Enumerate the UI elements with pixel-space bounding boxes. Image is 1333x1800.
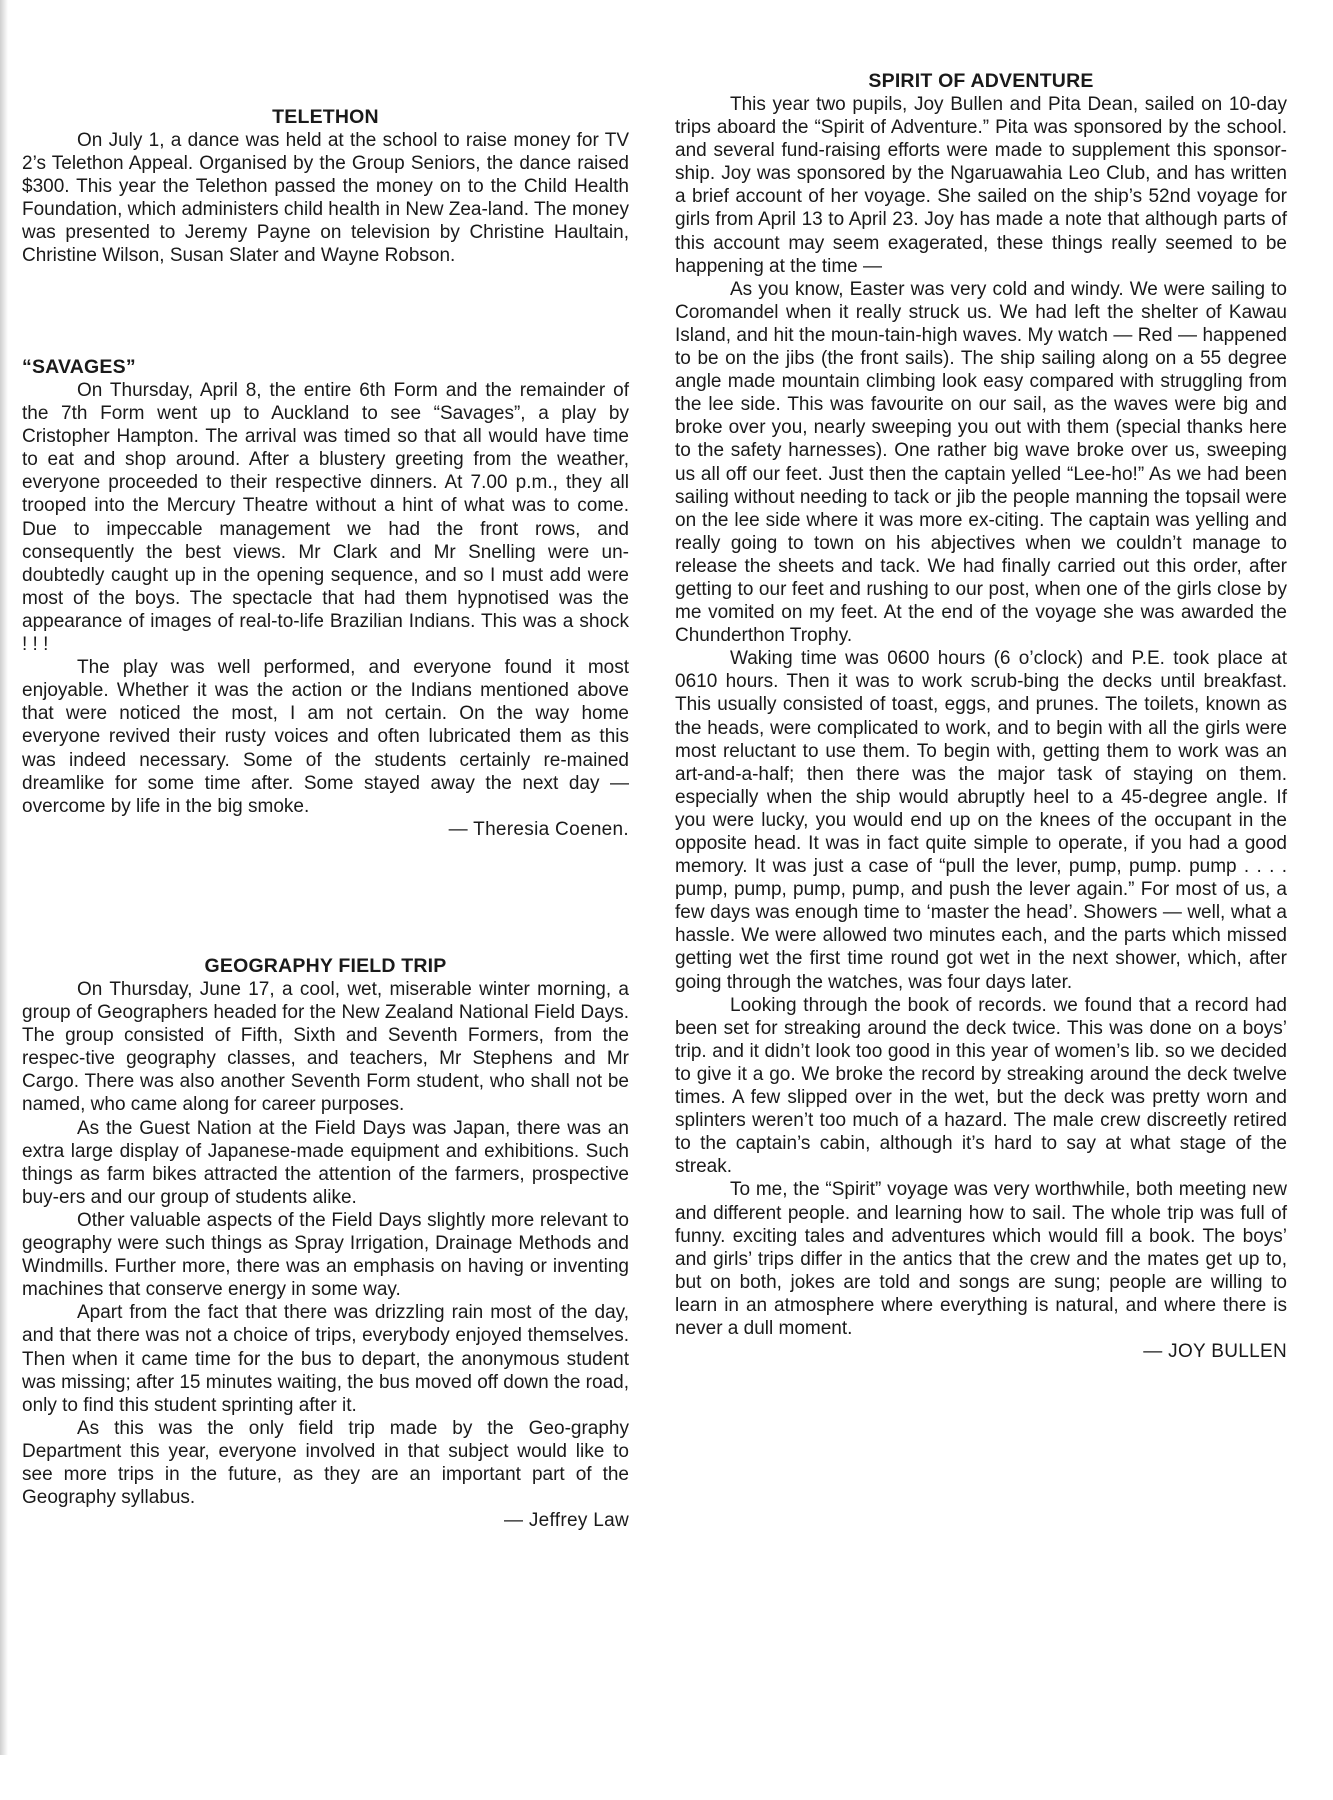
article-savages: “SAVAGES” On Thursday, April 8, the enti… bbox=[22, 356, 629, 841]
article-paragraph: Looking through the book of records. we … bbox=[675, 994, 1287, 1179]
article-paragraph: This year two pupils, Joy Bullen and Pit… bbox=[675, 93, 1287, 278]
article-title: TELETHON bbox=[22, 106, 629, 129]
article-paragraph: To me, the “Spirit” voyage was very wort… bbox=[675, 1178, 1287, 1340]
article-title: “SAVAGES” bbox=[22, 356, 629, 379]
article-byline: — JOY BULLEN bbox=[675, 1340, 1287, 1363]
article-byline: — Jeffrey Law bbox=[22, 1509, 629, 1532]
article-title: GEOGRAPHY FIELD TRIP bbox=[22, 955, 629, 978]
article-paragraph: As you know, Easter was very cold and wi… bbox=[675, 278, 1287, 648]
article-spirit-of-adventure: SPIRIT OF ADVENTURE This year two pupils… bbox=[675, 70, 1287, 1363]
article-paragraph: As this was the only field trip made by … bbox=[22, 1417, 629, 1509]
article-paragraph: The play was well performed, and everyon… bbox=[22, 656, 629, 818]
article-title: SPIRIT OF ADVENTURE bbox=[675, 70, 1287, 93]
article-paragraph: Other valuable aspects of the Field Days… bbox=[22, 1209, 629, 1301]
article-paragraph: On Thursday, April 8, the entire 6th For… bbox=[22, 379, 629, 656]
article-paragraph: As the Guest Nation at the Field Days wa… bbox=[22, 1117, 629, 1209]
article-byline: — Theresia Coenen. bbox=[22, 818, 629, 841]
article-telethon: TELETHON On July 1, a dance was held at … bbox=[22, 106, 629, 268]
page-scan-edge bbox=[0, 0, 8, 1755]
article-paragraph: Apart from the fact that there was drizz… bbox=[22, 1301, 629, 1416]
article-paragraph: Waking time was 0600 hours (6 o’clock) a… bbox=[675, 647, 1287, 993]
article-paragraph: On Thursday, June 17, a cool, wet, miser… bbox=[22, 978, 629, 1117]
article-geography-field-trip: GEOGRAPHY FIELD TRIP On Thursday, June 1… bbox=[22, 955, 629, 1532]
article-paragraph: On July 1, a dance was held at the schoo… bbox=[22, 129, 629, 268]
